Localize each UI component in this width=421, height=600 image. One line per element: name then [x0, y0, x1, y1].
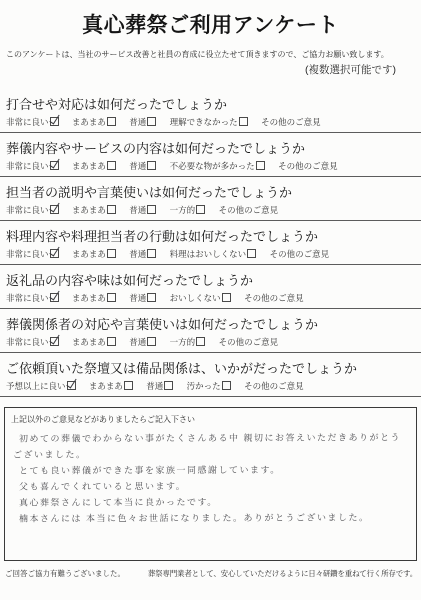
question-heading: 担当者の説明や言葉使いは如何だったでしょうか: [6, 185, 415, 200]
check-mark-icon: [49, 333, 59, 345]
question-heading: ご依頼頂いた祭壇又は備品関係は、いかがだったでしょうか: [6, 361, 415, 376]
answer-option[interactable]: 一方的: [170, 337, 206, 347]
handwritten-line: 楠本さんには 本当に色々お世話になりました。ありがとうございました。: [11, 509, 410, 526]
checkbox-icon[interactable]: [107, 293, 116, 302]
answer-option[interactable]: 一方的: [170, 205, 206, 215]
question-options: 非常に良い まあまあ 普通 一方的 その他のご意見: [6, 337, 415, 348]
other-opinion-label: その他のご意見: [219, 337, 279, 347]
checkbox-icon[interactable]: [50, 205, 59, 214]
checkbox-icon[interactable]: [147, 117, 156, 126]
question-options: 予想以上に良い まあまあ 普通 汚かった その他のご意見: [6, 381, 415, 392]
answer-option[interactable]: 料理はおいしくない: [170, 249, 257, 259]
answer-option[interactable]: 普通: [129, 249, 156, 259]
comment-box-header: 上記以外のご意見などがありましたらご記入下さい: [11, 414, 410, 425]
answer-option[interactable]: 普通: [129, 117, 156, 127]
option-label: 普通: [129, 337, 146, 347]
page-title: 真心葬祭ご利用アンケート: [0, 0, 421, 39]
handwritten-line: 初めての葬儀でわからない事がたくさんある中 親切にお答えいただきありがとう: [11, 429, 410, 446]
question-options: 非常に良い まあまあ 普通 おいしくない その他のご意見: [6, 293, 415, 304]
checkbox-icon[interactable]: [147, 293, 156, 302]
footer-company-note: 葬祭専門業者として、安心していただけるように日々研鑽を重ねて行く所存です。: [148, 568, 417, 579]
checkbox-icon[interactable]: [50, 293, 59, 302]
handwritten-line: 真心葬祭さんにして本当に良かったです。: [11, 493, 410, 510]
option-label: まあまあ: [72, 337, 106, 347]
survey-document: 真心葬祭ご利用アンケート このアンケートは、当社のサービス改善と社員の育成に役立…: [0, 0, 421, 600]
question-block: 葬儀内容やサービスの内容は如何だったでしょうか 非常に良い まあまあ 普通 不必…: [0, 133, 421, 177]
checkbox-icon[interactable]: [196, 337, 205, 346]
answer-option[interactable]: 非常に良い: [6, 249, 59, 259]
checkbox-icon[interactable]: [50, 249, 59, 258]
option-label: 非常に良い: [6, 337, 49, 347]
option-label: まあまあ: [72, 117, 106, 127]
option-label: 予想以上に良い: [6, 381, 66, 391]
handwritten-line: とても良い葬儀ができた事を家族一同感謝しています。: [11, 461, 410, 478]
checkbox-icon[interactable]: [256, 161, 265, 170]
answer-option[interactable]: まあまあ: [72, 161, 116, 171]
option-label: 一方的: [170, 205, 196, 215]
checkbox-icon[interactable]: [196, 205, 205, 214]
answer-option[interactable]: まあまあ: [72, 205, 116, 215]
option-label: まあまあ: [72, 293, 106, 303]
option-label: 非常に良い: [6, 205, 49, 215]
option-label: 非常に良い: [6, 293, 49, 303]
checkbox-icon[interactable]: [239, 117, 248, 126]
checkbox-icon[interactable]: [222, 381, 231, 390]
question-block: 葬儀関係者の対応や言葉使いは如何だったでしょうか 非常に良い まあまあ 普通 一…: [0, 309, 421, 353]
answer-option[interactable]: まあまあ: [72, 117, 116, 127]
option-label: 料理はおいしくない: [170, 249, 247, 259]
option-label: 理解できなかった: [170, 117, 238, 127]
answer-option[interactable]: まあまあ: [89, 381, 133, 391]
option-label: 非常に良い: [6, 161, 49, 171]
question-block: 料理内容や料理担当者の行動は如何だったでしょうか 非常に良い まあまあ 普通 料…: [0, 221, 421, 265]
option-label: まあまあ: [72, 249, 106, 259]
question-heading: 料理内容や料理担当者の行動は如何だったでしょうか: [6, 229, 415, 244]
checkbox-icon[interactable]: [222, 293, 231, 302]
answer-option[interactable]: 普通: [129, 161, 156, 171]
answer-option[interactable]: まあまあ: [72, 337, 116, 347]
checkbox-icon[interactable]: [107, 161, 116, 170]
question-block: ご依頼頂いた祭壇又は備品関係は、いかがだったでしょうか 予想以上に良い まあまあ…: [0, 353, 421, 397]
option-label: 汚かった: [187, 381, 221, 391]
other-opinion-label: その他のご意見: [270, 249, 330, 259]
question-options: 非常に良い まあまあ 普通 一方的 その他のご意見: [6, 205, 415, 216]
checkbox-icon[interactable]: [67, 381, 76, 390]
check-mark-icon: [49, 157, 59, 169]
answer-option[interactable]: 非常に良い: [6, 337, 59, 347]
answer-option[interactable]: 非常に良い: [6, 117, 59, 127]
checkbox-icon[interactable]: [164, 381, 173, 390]
checkbox-icon[interactable]: [50, 117, 59, 126]
option-label: 非常に良い: [6, 249, 49, 259]
option-label: 普通: [146, 381, 163, 391]
question-heading: 返礼品の内容や味は如何だったでしょうか: [6, 273, 415, 288]
check-mark-icon: [66, 377, 76, 389]
check-mark-icon: [49, 113, 59, 125]
checkbox-icon[interactable]: [107, 337, 116, 346]
option-label: 普通: [129, 161, 146, 171]
answer-option[interactable]: 理解できなかった: [170, 117, 248, 127]
option-label: 普通: [129, 205, 146, 215]
question-options: 非常に良い まあまあ 普通 不必要な物が多かった その他のご意見: [6, 161, 415, 172]
option-label: 非常に良い: [6, 117, 49, 127]
option-label: 不必要な物が多かった: [170, 161, 255, 171]
footer: ご回答ご協力有難うございました。 葬祭専門業者として、安心していただけるように日…: [5, 568, 417, 579]
option-label: 普通: [129, 117, 146, 127]
check-mark-icon: [49, 245, 59, 257]
checkbox-icon[interactable]: [124, 381, 133, 390]
other-opinion-label: その他のご意見: [244, 381, 304, 391]
other-opinion-label: その他のご意見: [244, 293, 304, 303]
answer-option[interactable]: 非常に良い: [6, 293, 59, 303]
question-heading: 打合せや対応は如何だったでしょうか: [6, 97, 415, 112]
question-heading: 葬儀関係者の対応や言葉使いは如何だったでしょうか: [6, 317, 415, 332]
answer-option[interactable]: 非常に良い: [6, 205, 59, 215]
intro-note: (複数選択可能です): [0, 62, 421, 77]
question-options: 非常に良い まあまあ 普通 理解できなかった その他のご意見: [6, 117, 415, 128]
checkbox-icon[interactable]: [147, 205, 156, 214]
checkbox-icon[interactable]: [107, 205, 116, 214]
footer-thanks: ご回答ご協力有難うございました。: [5, 568, 125, 579]
questions-list: 打合せや対応は如何だったでしょうか 非常に良い まあまあ 普通 理解できなかった…: [0, 89, 421, 397]
question-block: 返礼品の内容や味は如何だったでしょうか 非常に良い まあまあ 普通 おいしくない…: [0, 265, 421, 309]
option-label: まあまあ: [72, 205, 106, 215]
answer-option[interactable]: まあまあ: [72, 293, 116, 303]
checkbox-icon[interactable]: [147, 249, 156, 258]
option-label: 普通: [129, 293, 146, 303]
check-mark-icon: [49, 201, 59, 213]
answer-option[interactable]: 普通: [146, 381, 173, 391]
answer-option[interactable]: 不必要な物が多かった: [170, 161, 265, 171]
check-mark-icon: [49, 289, 59, 301]
checkbox-icon[interactable]: [147, 161, 156, 170]
question-block: 担当者の説明や言葉使いは如何だったでしょうか 非常に良い まあまあ 普通 一方的…: [0, 177, 421, 221]
option-label: 一方的: [170, 337, 196, 347]
question-options: 非常に良い まあまあ 普通 料理はおいしくない その他のご意見: [6, 249, 415, 260]
option-label: まあまあ: [72, 161, 106, 171]
other-opinion-label: その他のご意見: [261, 117, 321, 127]
answer-option[interactable]: 普通: [129, 293, 156, 303]
handwritten-line: 父も喜んでくれていると思います。: [11, 477, 410, 494]
option-label: 普通: [129, 249, 146, 259]
checkbox-icon[interactable]: [50, 161, 59, 170]
checkbox-icon[interactable]: [147, 337, 156, 346]
handwritten-comment: 初めての葬儀でわからない事がたくさんある中 親切にお答えいただきありがとう ござ…: [11, 430, 410, 526]
question-block: 打合せや対応は如何だったでしょうか 非常に良い まあまあ 普通 理解できなかった…: [0, 89, 421, 133]
answer-option[interactable]: 予想以上に良い: [6, 381, 76, 391]
answer-option[interactable]: おいしくない: [170, 293, 231, 303]
checkbox-icon[interactable]: [107, 249, 116, 258]
intro-text: このアンケートは、当社のサービス改善と社員の育成に役立たせて頂きますので、ご協力…: [6, 50, 415, 60]
option-label: まあまあ: [89, 381, 123, 391]
checkbox-icon[interactable]: [50, 337, 59, 346]
checkbox-icon[interactable]: [107, 117, 116, 126]
question-heading: 葬儀内容やサービスの内容は如何だったでしょうか: [6, 141, 415, 156]
option-label: おいしくない: [170, 293, 221, 303]
checkbox-icon[interactable]: [247, 249, 256, 258]
answer-option[interactable]: 汚かった: [187, 381, 231, 391]
answer-option[interactable]: 普通: [129, 205, 156, 215]
answer-option[interactable]: 非常に良い: [6, 161, 59, 171]
handwritten-line: ございました。: [11, 445, 410, 462]
free-comment-box[interactable]: 上記以外のご意見などがありましたらご記入下さい 初めての葬儀でわからない事がたく…: [4, 407, 417, 561]
answer-option[interactable]: まあまあ: [72, 249, 116, 259]
other-opinion-label: その他のご意見: [219, 205, 279, 215]
other-opinion-label: その他のご意見: [278, 161, 338, 171]
answer-option[interactable]: 普通: [129, 337, 156, 347]
